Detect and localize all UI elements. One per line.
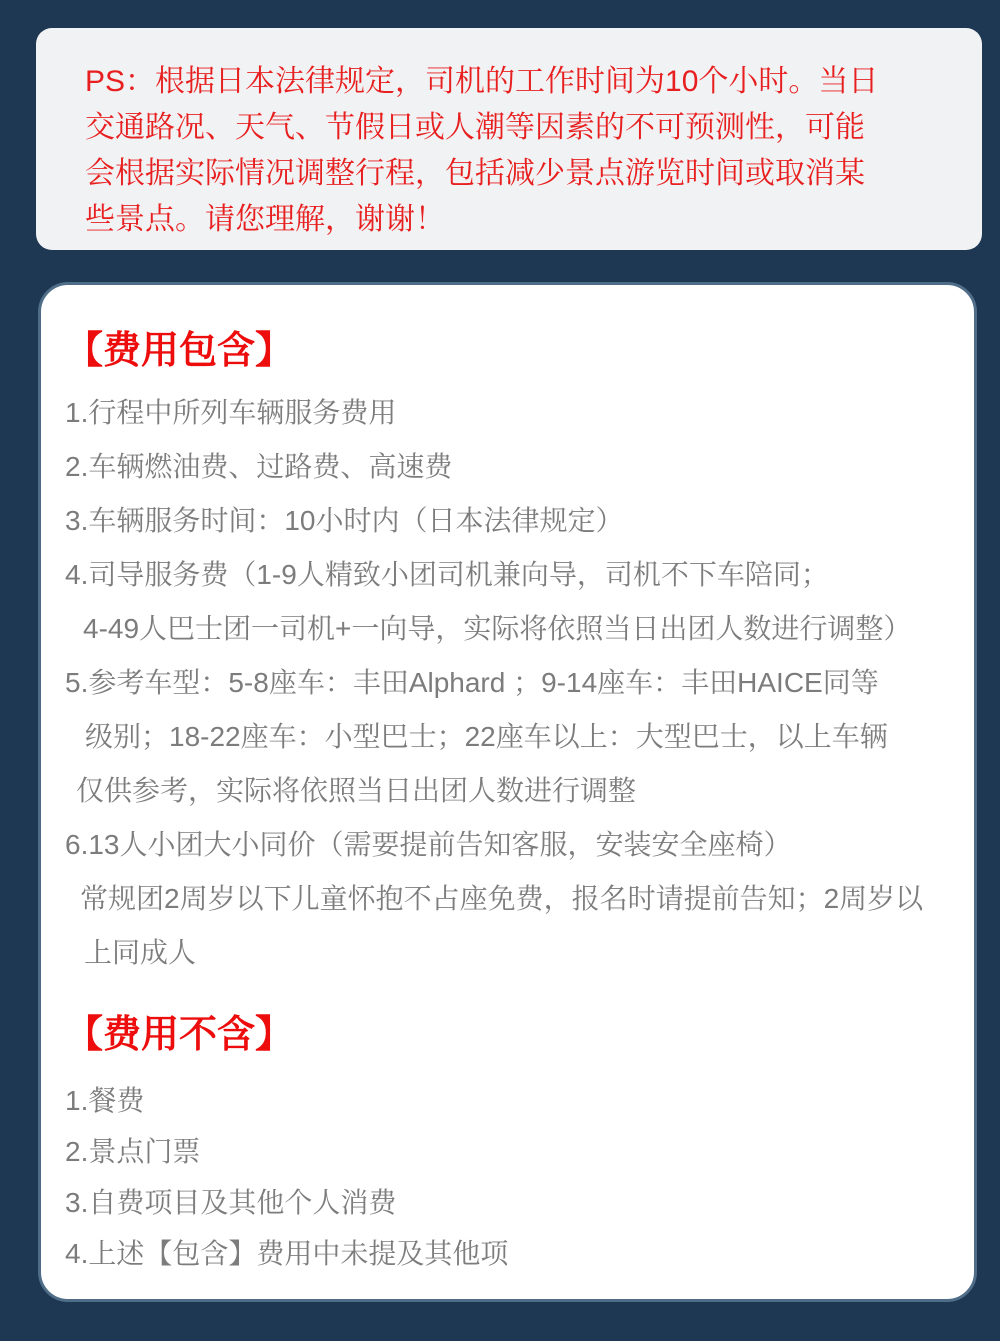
fees-excluded-title: 【费用不含】 <box>65 1013 954 1057</box>
fee-excluded-item: 4.上述【包含】费用中未提及其他项 <box>65 1240 954 1268</box>
fees-included-title: 【费用包含】 <box>65 329 954 373</box>
notice-line: PS：根据日本法律规定，司机的工作时间为10个小时。当日 <box>85 59 952 105</box>
fee-included-item-continuation: 上同成人 <box>65 939 954 967</box>
fee-included-item-continuation: 4-49人巴士团一司机+一向导，实际将依照当日出团人数进行调整） <box>65 615 954 643</box>
fee-included-item: 2.车辆燃油费、过路费、高速费 <box>65 453 954 481</box>
fee-included-item: 1.行程中所列车辆服务费用 <box>65 399 954 427</box>
fee-included-item: 3.车辆服务时间：10小时内（日本法律规定） <box>65 507 954 535</box>
fee-excluded-item: 3.自费项目及其他个人消费 <box>65 1189 954 1217</box>
fee-excluded-item: 2.景点门票 <box>65 1138 954 1166</box>
fee-included-item-continuation: 级别；18-22座车：小型巴士；22座车以上：大型巴士，以上车辆 <box>65 723 954 751</box>
fee-included-item: 4.司导服务费（1-9人精致小团司机兼向导，司机不下车陪同； <box>65 561 954 589</box>
fee-included-item-continuation: 仅供参考，实际将依照当日出团人数进行调整 <box>65 777 954 805</box>
notice-line: 交通路况、天气、节假日或人潮等因素的不可预测性，可能 <box>85 105 952 151</box>
notice-line: 些景点。请您理解，谢谢！ <box>85 197 952 243</box>
fee-included-item: 6.13人小团大小同价（需要提前告知客服，安装安全座椅） <box>65 831 954 859</box>
fee-excluded-item: 1.餐费 <box>65 1087 954 1115</box>
fees-card: 【费用包含】 1.行程中所列车辆服务费用 2.车辆燃油费、过路费、高速费 3.车… <box>38 282 977 1302</box>
fee-included-item: 5.参考车型：5-8座车：丰田Alphard ；9-14座车：丰田HAICE同等 <box>65 669 954 697</box>
notice-box: PS：根据日本法律规定，司机的工作时间为10个小时。当日 交通路况、天气、节假日… <box>36 28 982 250</box>
notice-line: 会根据实际情况调整行程，包括减少景点游览时间或取消某 <box>85 151 952 197</box>
fee-included-item-continuation: 常规团2周岁以下儿童怀抱不占座免费，报名时请提前告知；2周岁以 <box>65 885 954 913</box>
